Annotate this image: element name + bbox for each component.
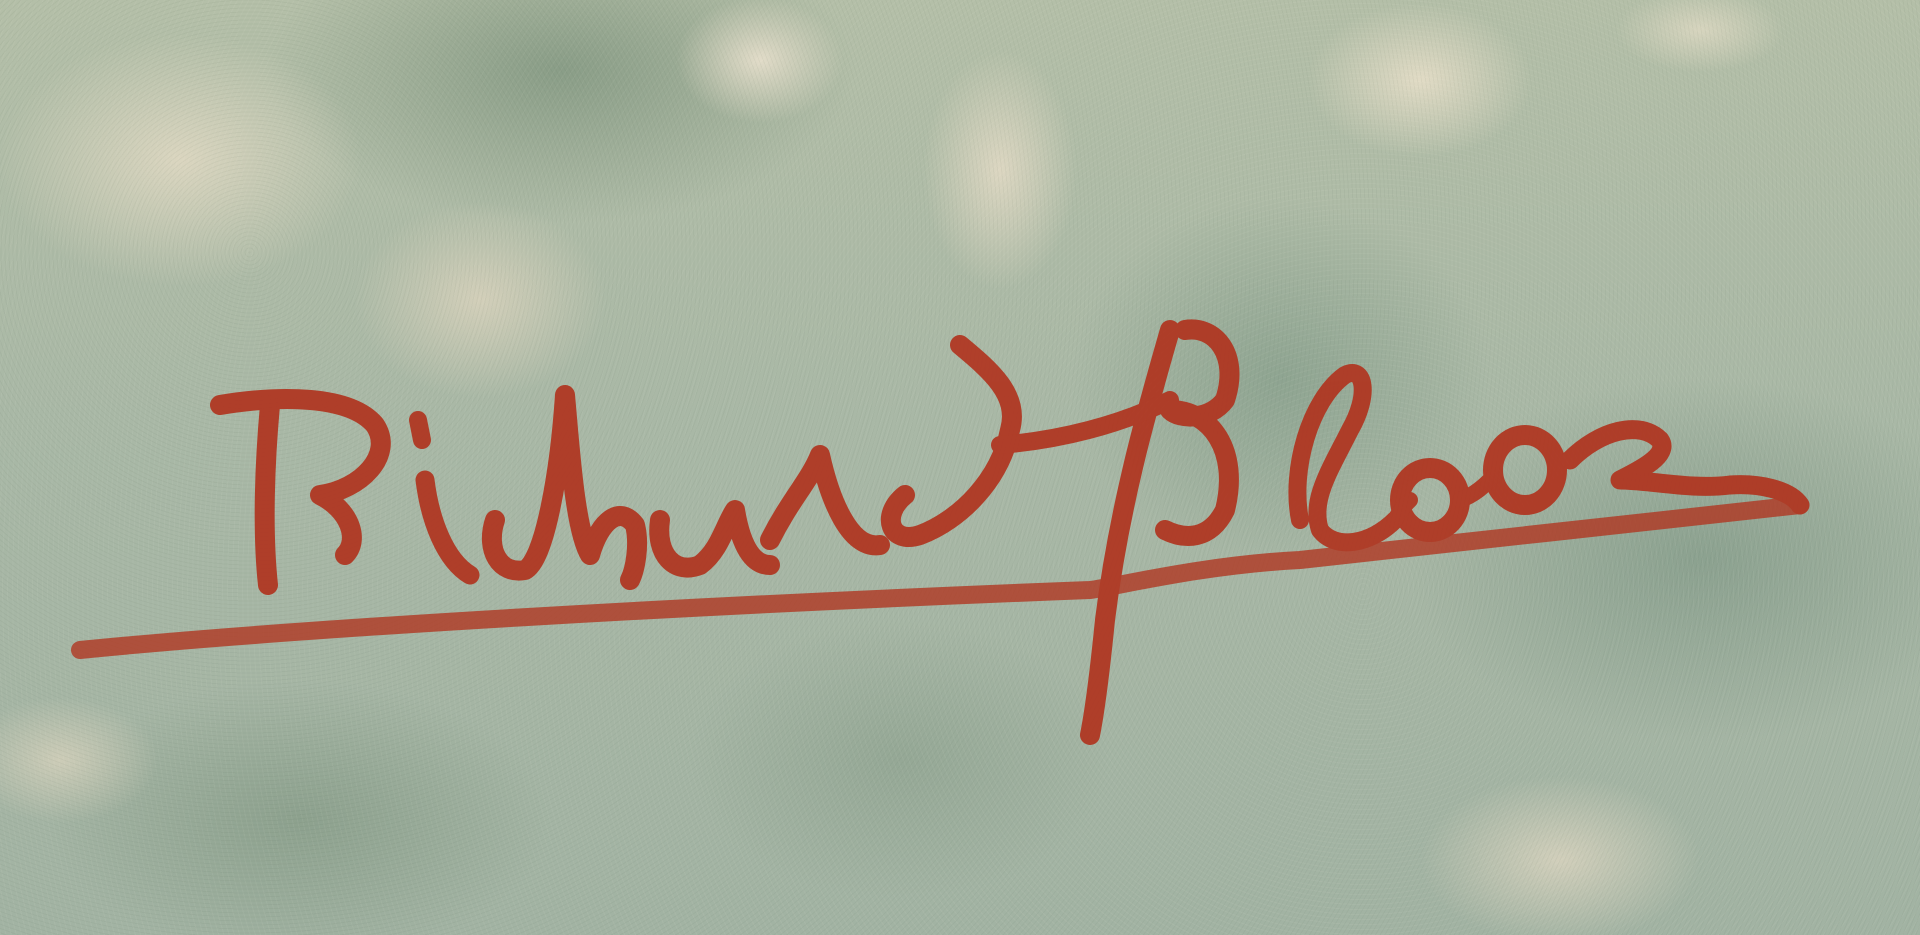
letter-ch <box>492 395 637 580</box>
letter-a <box>659 510 770 568</box>
letter-s <box>1570 430 1800 505</box>
letter-R <box>220 399 381 585</box>
letter-o-2 <box>1493 435 1557 505</box>
letter-i-dot <box>418 420 422 440</box>
letter-B-bowls <box>1165 329 1229 536</box>
letter-i <box>425 480 470 575</box>
letter-r <box>770 455 880 545</box>
signature-drawing <box>0 0 1920 935</box>
painted-surface: Richard Bloos <box>0 0 1920 935</box>
letter-l <box>1297 373 1395 542</box>
